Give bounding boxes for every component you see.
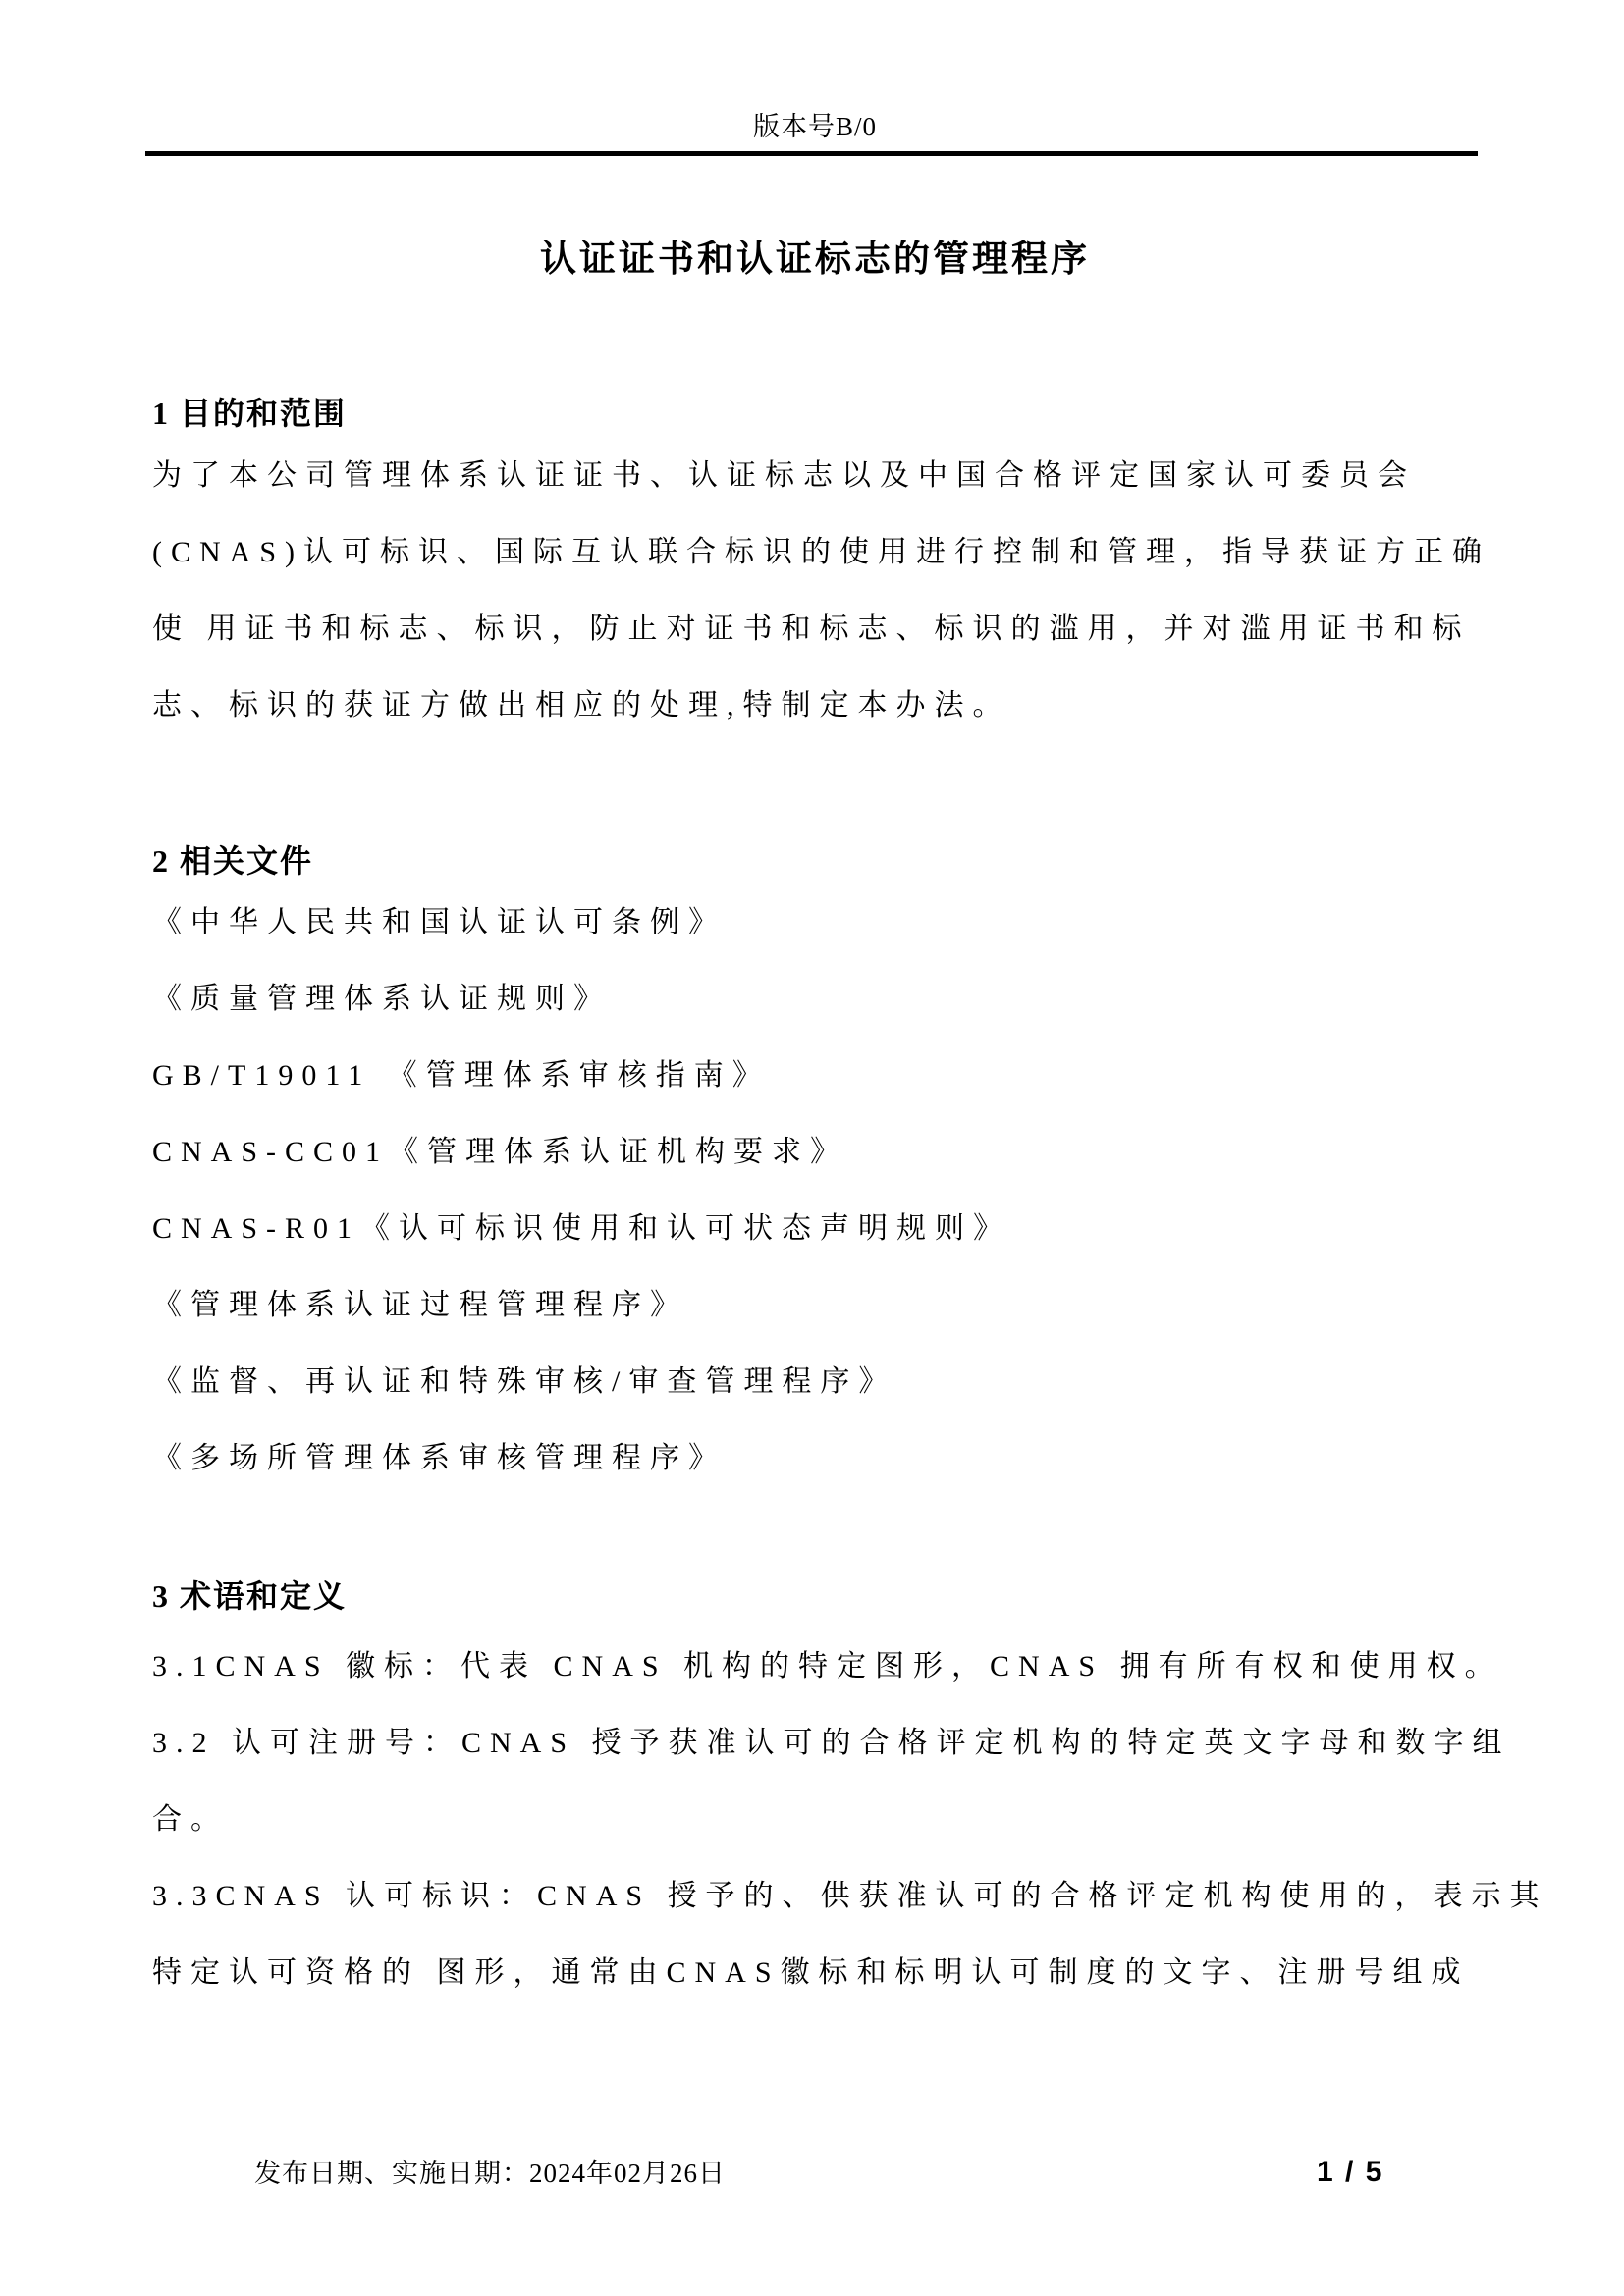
footer-dates: 发布日期、实施日期：2024年02月26日 — [254, 2158, 726, 2189]
page-number: 1 / 5 — [1317, 2157, 1383, 2188]
paragraph-line: 特定认可资格的 图形，通常由CNAS徽标和标明认可制度的文字、注册号组成 — [152, 1935, 1478, 2011]
list-item: 《管理体系认证过程管理程序》 — [152, 1267, 1478, 1344]
paragraph-line: 合。 — [152, 1782, 1478, 1858]
paragraph-line: 使 用证书和标志、标识，防止对证书和标志、标识的滥用，并对滥用证书和标 — [152, 591, 1478, 667]
paragraph-line: 为了本公司管理体系认证证书、认证标志以及中国合格评定国家认可委员会 — [152, 438, 1478, 514]
list-item: 《中华人民共和国认证认可条例》 — [152, 884, 1478, 961]
section-3-heading: 3 术语和定义 — [152, 1575, 1478, 1618]
list-item: 《监督、再认证和特殊审核/审查管理程序》 — [152, 1344, 1478, 1420]
section-1-paragraph: 为了本公司管理体系认证证书、认证标志以及中国合格评定国家认可委员会 (CNAS)… — [152, 438, 1478, 744]
list-item: CNAS-CC01《管理体系认证机构要求》 — [152, 1114, 1478, 1191]
section-purpose-and-scope: 1 目的和范围 为了本公司管理体系认证证书、认证标志以及中国合格评定国家认可委员… — [152, 392, 1478, 744]
document-content: 版本号B/0 认证证书和认证标志的管理程序 1 目的和范围 为了本公司管理体系认… — [152, 0, 1478, 2011]
list-item: 《质量管理体系认证规则》 — [152, 961, 1478, 1038]
header-version-label: 版本号B/0 — [152, 0, 1478, 141]
related-documents-list: 《中华人民共和国认证认可条例》 《质量管理体系认证规则》 GB/T19011 《… — [152, 884, 1478, 1497]
section-related-documents: 2 相关文件 《中华人民共和国认证认可条例》 《质量管理体系认证规则》 GB/T… — [152, 839, 1478, 1497]
paragraph-line: 志、标识的获证方做出相应的处理,特制定本办法。 — [152, 667, 1478, 744]
paragraph-line: 3.2 认可注册号：CNAS 授予获准认可的合格评定机构的特定英文字母和数字组 — [152, 1705, 1478, 1782]
document-title: 认证证书和认证标志的管理程序 — [152, 239, 1478, 282]
paragraph-line: 3.1CNAS 徽标：代表 CNAS 机构的特定图形，CNAS 拥有所有权和使用… — [152, 1629, 1478, 1705]
document-page: 版本号B/0 认证证书和认证标志的管理程序 1 目的和范围 为了本公司管理体系认… — [0, 0, 1624, 2296]
section-3-paragraph: 3.1CNAS 徽标：代表 CNAS 机构的特定图形，CNAS 拥有所有权和使用… — [152, 1629, 1478, 2011]
section-terms-and-definitions: 3 术语和定义 3.1CNAS 徽标：代表 CNAS 机构的特定图形，CNAS … — [152, 1575, 1478, 2011]
paragraph-line: 3.3CNAS 认可标识：CNAS 授予的、供获准认可的合格评定机构使用的，表示… — [152, 1858, 1478, 1935]
paragraph-line: (CNAS)认可标识、国际互认联合标识的使用进行控制和管理，指导获证方正确 — [152, 514, 1478, 591]
list-item: 《多场所管理体系审核管理程序》 — [152, 1420, 1478, 1497]
section-1-heading: 1 目的和范围 — [152, 392, 1478, 435]
section-2-heading: 2 相关文件 — [152, 839, 1478, 882]
list-item: GB/T19011 《管理体系审核指南》 — [152, 1038, 1478, 1114]
header-rule — [145, 151, 1478, 156]
list-item: CNAS-R01《认可标识使用和认可状态声明规则》 — [152, 1191, 1478, 1267]
